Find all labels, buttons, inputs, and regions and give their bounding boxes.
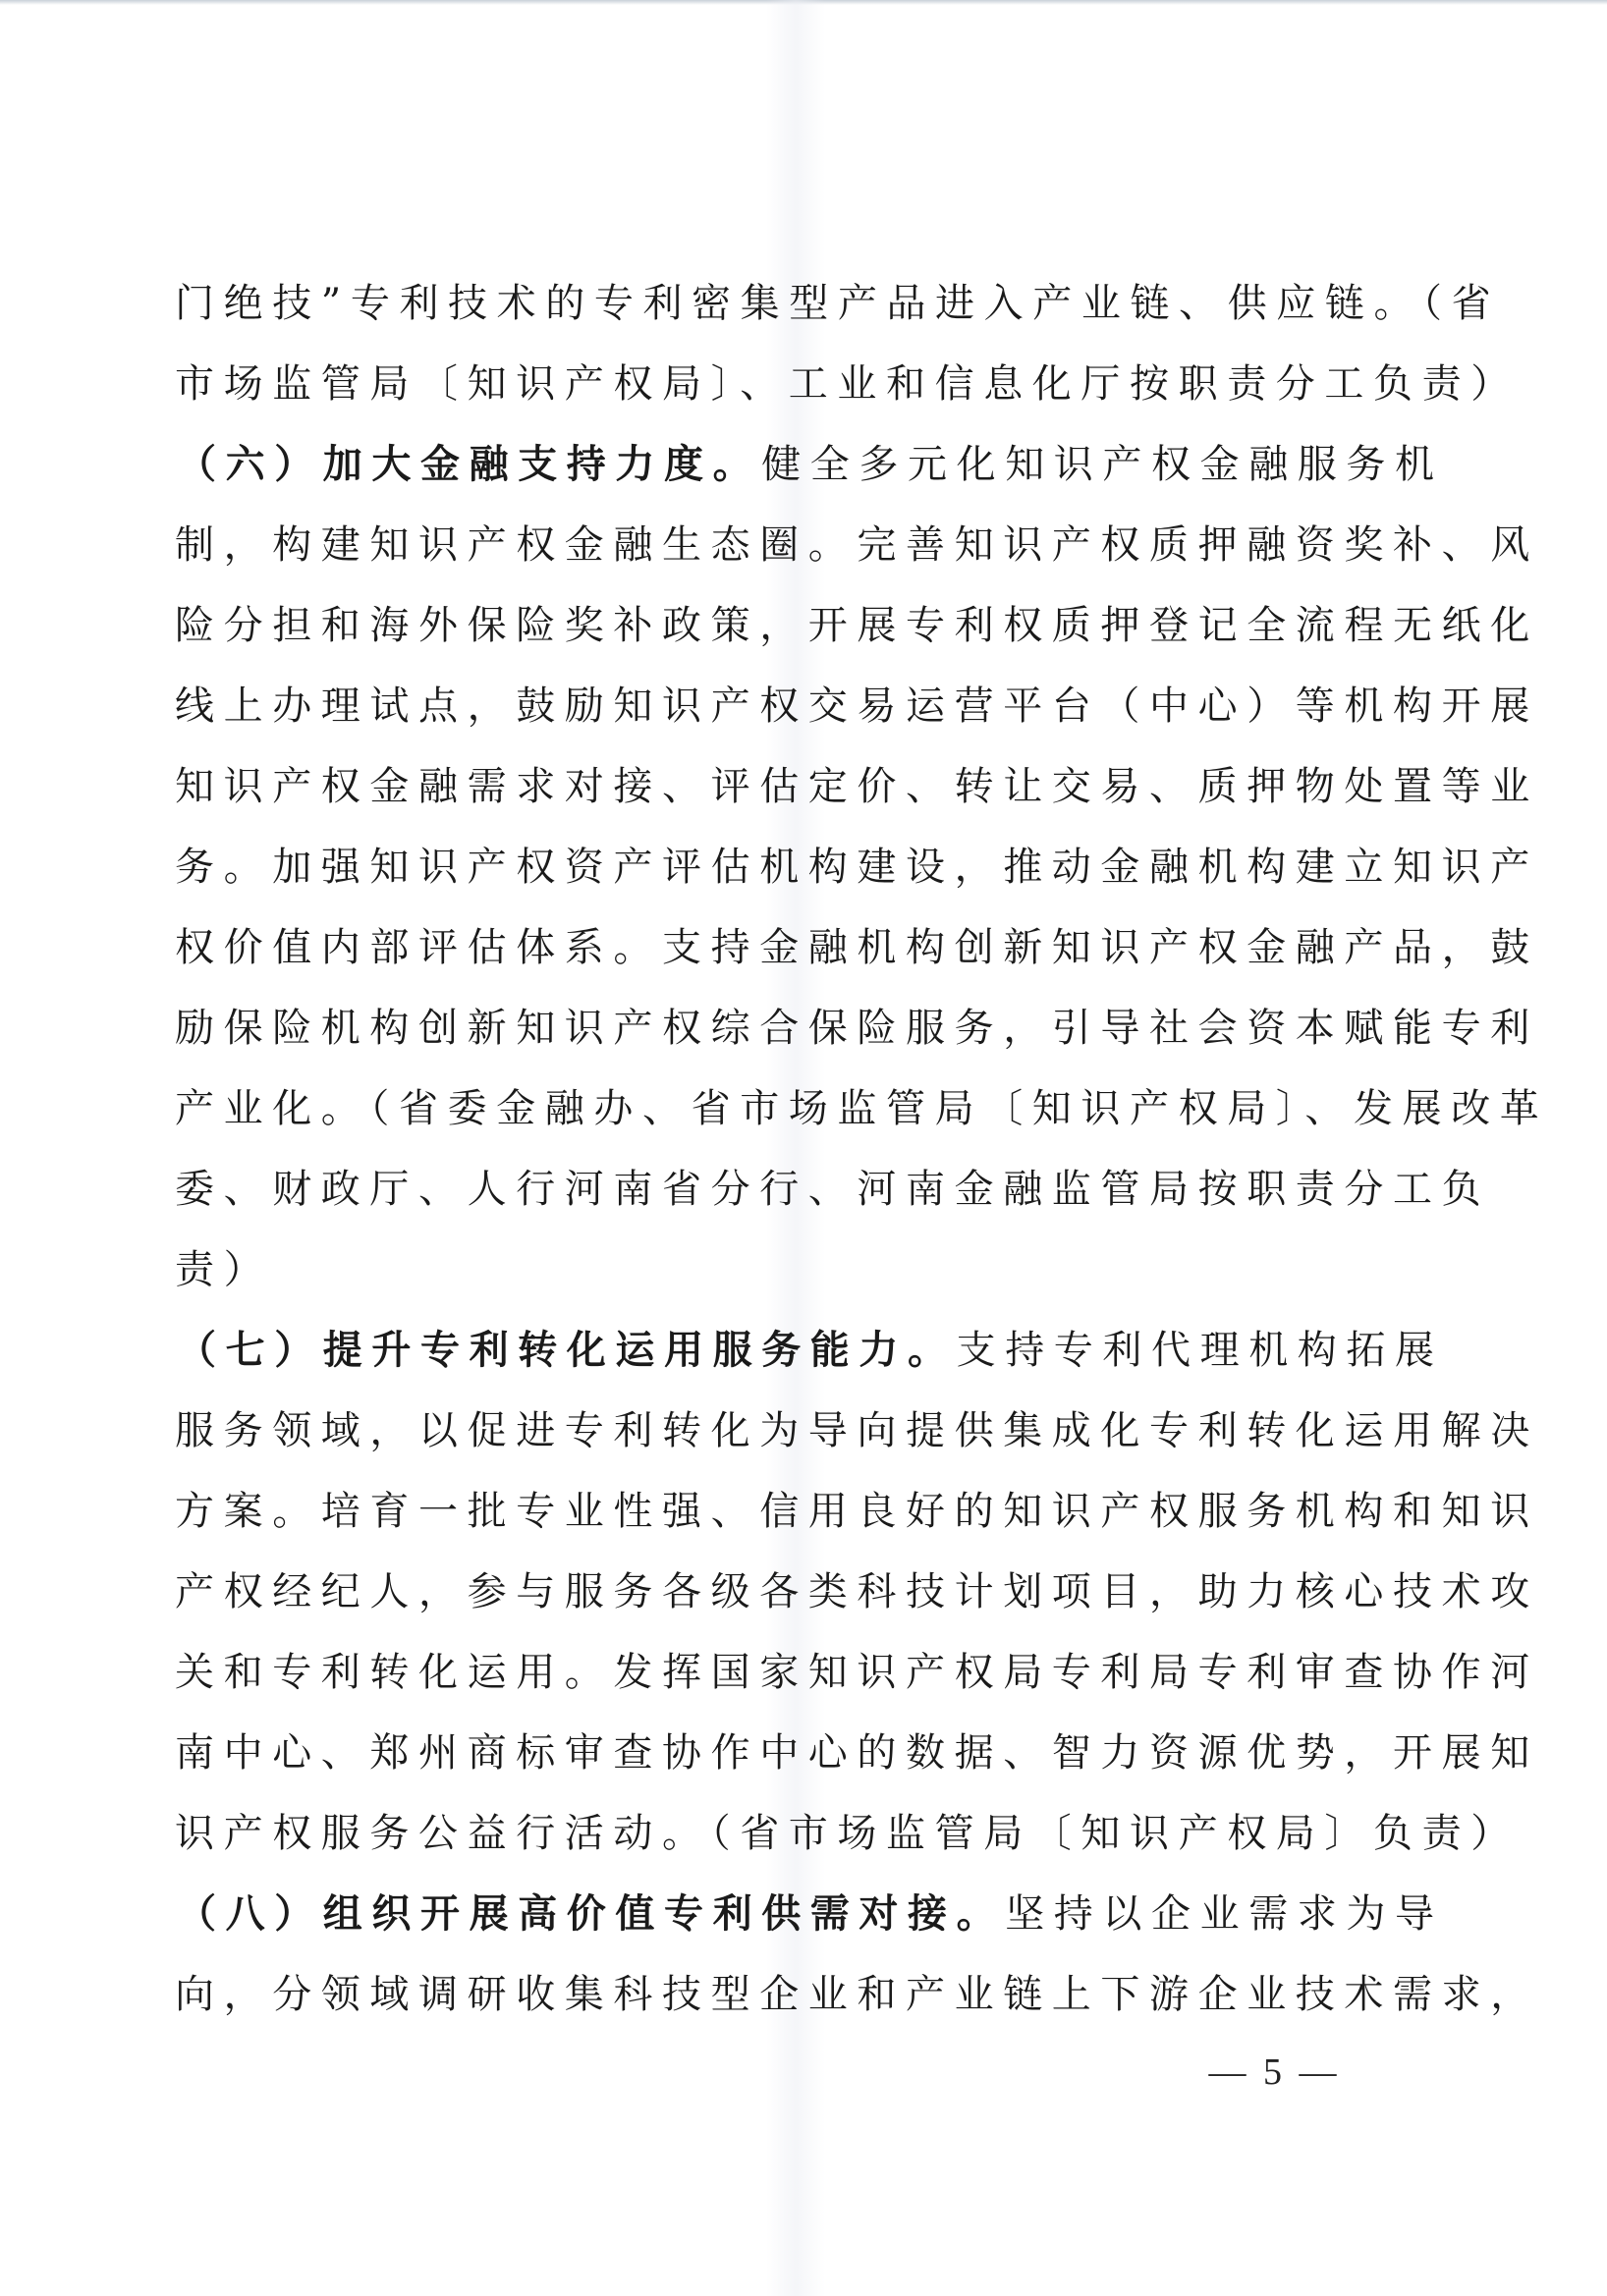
text-line: 产权经纪人，参与服务各级各类科技计划项目，助力核心技术攻 xyxy=(175,1552,1385,1632)
text-line: 服务领域，以促进专利转化为导向提供集成化专利转化运用解决 xyxy=(175,1391,1385,1471)
text-line: 健全多元化知识产权金融服务机 xyxy=(761,442,1443,487)
document-body: 门绝技”专利技术的专利密集型产品进入产业链、供应链。（省 市场监管局〔知识产权局… xyxy=(175,263,1385,2035)
text-line: 务。加强知识产权资产评估机构建设，推动金融机构建立知识产 xyxy=(175,827,1385,907)
text-line: 方案。培育一批专业性强、信用良好的知识产权服务机构和知识 xyxy=(175,1471,1385,1552)
text-line: 知识产权金融需求对接、评估定价、转让交易、质押物处置等业 xyxy=(175,746,1385,827)
section-heading-7: （七）提升专利转化运用服务能力。 xyxy=(177,1328,957,1373)
text-line: 制，构建知识产权金融生态圈。完善知识产权质押融资奖补、风 xyxy=(175,505,1385,585)
page-number: — 5 — xyxy=(1189,2046,1360,2099)
section-heading-8: （八）组织开展高价值专利供需对接。 xyxy=(177,1891,1005,1937)
section-8-first-line: （八）组织开展高价值专利供需对接。坚持以企业需求为导 xyxy=(175,1874,1385,1954)
text-line: 产业化。（省委金融办、省市场监管局〔知识产权局〕、发展改革 xyxy=(175,1068,1385,1149)
section-6-first-line: （六）加大金融支持力度。健全多元化知识产权金融服务机 xyxy=(175,424,1385,505)
text-line: 向，分领域调研收集科技型企业和产业链上下游企业技术需求， xyxy=(175,1954,1385,2035)
text-line: 南中心、郑州商标审查协作中心的数据、智力资源优势，开展知 xyxy=(175,1713,1385,1793)
text-line: 识产权服务公益行活动。（省市场监管局〔知识产权局〕负责） xyxy=(175,1793,1385,1874)
text-line: 门绝技”专利技术的专利密集型产品进入产业链、供应链。（省 xyxy=(175,263,1385,344)
text-line: 责） xyxy=(175,1230,1385,1310)
text-line: 市场监管局〔知识产权局〕、工业和信息化厅按职责分工负责） xyxy=(175,344,1385,424)
text-line: 励保险机构创新知识产权综合保险服务，引导社会资本赋能专利 xyxy=(175,988,1385,1068)
text-line: 险分担和海外保险奖补政策，开展专利权质押登记全流程无纸化 xyxy=(175,585,1385,666)
text-line: 委、财政厅、人行河南省分行、河南金融监管局按职责分工负 xyxy=(175,1149,1385,1230)
text-line: 支持专利代理机构拓展 xyxy=(957,1328,1444,1373)
text-line: 线上办理试点，鼓励知识产权交易运营平台（中心）等机构开展 xyxy=(175,666,1385,746)
text-line: 坚持以企业需求为导 xyxy=(1005,1891,1443,1937)
section-7-first-line: （七）提升专利转化运用服务能力。支持专利代理机构拓展 xyxy=(175,1310,1385,1391)
text-line: 关和专利转化运用。发挥国家知识产权局专利局专利审查协作河 xyxy=(175,1632,1385,1713)
section-heading-6: （六）加大金融支持力度。 xyxy=(177,442,761,487)
text-line: 权价值内部评估体系。支持金融机构创新知识产权金融产品，鼓 xyxy=(175,907,1385,988)
